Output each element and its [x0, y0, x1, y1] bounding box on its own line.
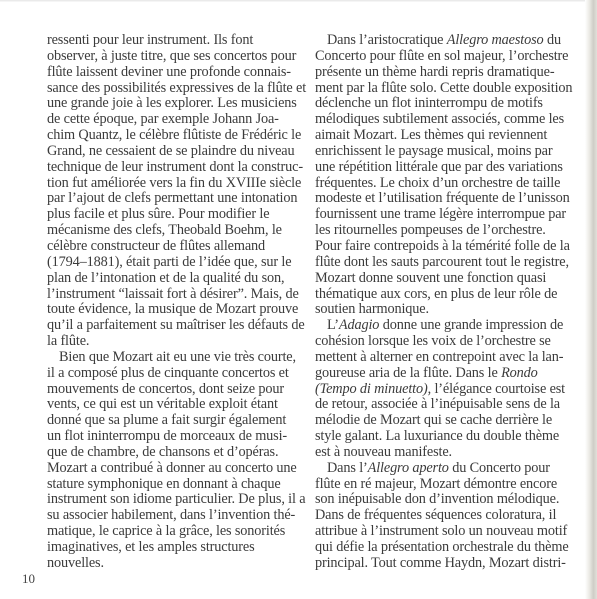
- text-segment: L’: [327, 317, 339, 333]
- text-segment: , l’élégance courtoise est: [428, 381, 565, 397]
- text-line: mouvements de concertos, dont seize pour: [47, 382, 291, 398]
- text-segment: thématique aux cors, en plus de leur rôl…: [315, 286, 557, 302]
- text-line: goureuse aria de la flûte. Dans le Rondo: [315, 366, 559, 382]
- text-segment: principal. Tout comme Haydn, Mozart dist…: [315, 555, 566, 571]
- text-line: Mozart donne souvent une fonction quasi: [315, 271, 559, 287]
- text-line: (Tempo di minuetto), l’élégance courtois…: [315, 382, 559, 398]
- text-line: technique de leur instrument dont la con…: [47, 160, 291, 176]
- text-line: de cette époque, par exemple Johann Joa-: [47, 112, 291, 128]
- text-line: une répétition littérale que par des var…: [315, 160, 559, 176]
- text-line: principal. Tout comme Haydn, Mozart dist…: [315, 556, 559, 572]
- text-segment: flûte en ré majeur, Mozart démontre enco…: [315, 476, 557, 492]
- text-line: su associer habilement, dans l’invention…: [47, 508, 291, 524]
- text-line: son inépuisable don d’invention mélodiqu…: [315, 492, 559, 508]
- text-line: thématique aux cors, en plus de leur rôl…: [315, 287, 559, 303]
- text-line: observer, à juste titre, que ses concert…: [47, 49, 291, 65]
- text-segment: Dans l’: [327, 460, 368, 476]
- text-segment: Concerto pour flûte en sol majeur, l’orc…: [315, 48, 568, 64]
- text-line: vents, ce qui est un véritable exploit é…: [47, 397, 291, 413]
- text-segment: attribue à l’instrument solo un nouveau …: [315, 523, 567, 539]
- text-line: l’instrument “laissait fort à désirer”. …: [47, 287, 291, 303]
- text-segment: déclenche un flot ininterrompu de motifs: [315, 95, 543, 111]
- text-segment: enrichissent le paysage musical, moins p…: [315, 143, 552, 159]
- text-line: par l’ajout de clefs permettant une into…: [47, 191, 291, 207]
- text-line: nouvelles.: [47, 556, 291, 572]
- text-line: donné que sa plume a fait surgir égaleme…: [47, 413, 291, 429]
- text-line: déclenche un flot ininterrompu de motifs: [315, 96, 559, 112]
- text-segment: soutien harmonique.: [315, 301, 429, 317]
- text-line: instrument son idiome particulier. De pl…: [47, 492, 291, 508]
- text-line: mettent à alterner en contrepoint avec l…: [315, 350, 559, 366]
- page-binding-shadow: [585, 0, 597, 599]
- text-line: matique, le caprice à la grâce, les sono…: [47, 524, 291, 540]
- text-line: célèbre constructeur de flûtes allemand: [47, 239, 291, 255]
- text-segment: modeste et l’utilisation fréquente de l’…: [315, 190, 570, 206]
- text-segment: Pour faire contrepoids à la témérité fol…: [315, 238, 570, 254]
- text-segment: flûte dont les sauts parcourent tout le …: [315, 254, 569, 270]
- italic-title: Allegro aperto: [368, 460, 449, 476]
- text-line: de retour, associée à l’inépuisable sens…: [315, 397, 559, 413]
- text-line: un flot ininterrompu de morceaux de musi…: [47, 429, 291, 445]
- text-line: Mozart a contribué à donner au concerto …: [47, 461, 291, 477]
- text-segment: ment par la flûte solo. Cette double exp…: [315, 80, 572, 96]
- text-line: L’Adagio donne une grande impression de: [315, 318, 559, 334]
- text-segment: Dans l’aristocratique: [327, 32, 447, 48]
- text-line: Dans l’aristocratique Allegro maestoso d…: [315, 33, 559, 49]
- text-segment: fournissent une trame légère interrompue…: [315, 206, 566, 222]
- left-text-column: ressenti pour leur instrument. Ils fonto…: [47, 33, 291, 572]
- text-line: est à nouveau manifeste.: [315, 445, 559, 461]
- text-line: la flûte.: [47, 334, 291, 350]
- text-line: fournissent une trame légère interrompue…: [315, 207, 559, 223]
- text-segment: cohésion lorsque les voix de l’orchestre…: [315, 333, 551, 349]
- text-segment: est à nouveau manifeste.: [315, 444, 452, 460]
- text-line: cohésion lorsque les voix de l’orchestre…: [315, 334, 559, 350]
- text-line: flûte en ré majeur, Mozart démontre enco…: [315, 477, 559, 493]
- text-line: plus facile et plus sûre. Pour modifier …: [47, 207, 291, 223]
- text-line: (1794–1881), était parti de l’idée que, …: [47, 255, 291, 271]
- text-segment: mettent à alterner en contrepoint avec l…: [315, 349, 563, 365]
- text-line: Dans l’Allegro aperto du Concerto pour: [315, 461, 559, 477]
- text-segment: une répétition littérale que par des var…: [315, 159, 563, 175]
- text-line: chim Quantz, le célèbre flûtiste de Fréd…: [47, 128, 291, 144]
- text-segment: style galant. La luxuriance du double th…: [315, 428, 559, 444]
- text-segment: fréquentes. Le choix d’un orchestre de t…: [315, 175, 560, 191]
- text-line: mécanisme des clefs, Theobald Boehm, le: [47, 223, 291, 239]
- text-line: tion fut améliorée vers la fin du XVIIIe…: [47, 176, 291, 192]
- text-segment: mélodiques subtilement associés, comme l…: [315, 111, 564, 127]
- text-line: ressenti pour leur instrument. Ils font: [47, 33, 291, 49]
- text-line: Concerto pour flûte en sol majeur, l’orc…: [315, 49, 559, 65]
- text-line: fréquentes. Le choix d’un orchestre de t…: [315, 176, 559, 192]
- text-line: attribue à l’instrument solo un nouveau …: [315, 524, 559, 540]
- text-line: plan de l’intonation et de la qualité du…: [47, 271, 291, 287]
- italic-title: Adagio: [339, 317, 379, 333]
- text-line: mélodiques subtilement associés, comme l…: [315, 112, 559, 128]
- italic-title: (Tempo di minuetto): [315, 381, 428, 397]
- text-line: sance des possibilités expressives de la…: [47, 81, 291, 97]
- text-line: modeste et l’utilisation fréquente de l’…: [315, 191, 559, 207]
- text-segment: du Concerto pour: [449, 460, 550, 476]
- text-line: mélodie de Mozart qui se cache derrière …: [315, 413, 559, 429]
- text-segment: qui défie la présentation orchestrale du…: [315, 539, 569, 555]
- text-line: qu’il a parfaitement su maîtriser les dé…: [47, 318, 291, 334]
- text-line: toute évidence, la musique de Mozart pro…: [47, 302, 291, 318]
- page-top-edge: [0, 0, 597, 2]
- right-text-column: Dans l’aristocratique Allegro maestoso d…: [315, 33, 559, 572]
- text-segment: son inépuisable don d’invention mélodiqu…: [315, 491, 559, 507]
- text-segment: de retour, associée à l’inépuisable sens…: [315, 396, 560, 412]
- text-segment: mélodie de Mozart qui se cache derrière …: [315, 412, 552, 428]
- text-line: soutien harmonique.: [315, 302, 559, 318]
- text-segment: présente un thème hardi repris dramatiqu…: [315, 64, 554, 80]
- text-line: une grande joie à les explorer. Les musi…: [47, 96, 291, 112]
- text-line: il a composé plus de cinquante concertos…: [47, 366, 291, 382]
- text-line: imaginatives, et les amples structures: [47, 540, 291, 556]
- text-line: Grand, ne cessaient de se plaindre du ni…: [47, 144, 291, 160]
- text-line: enrichissent le paysage musical, moins p…: [315, 144, 559, 160]
- text-segment: du: [544, 32, 561, 48]
- italic-title: Allegro maestoso: [447, 32, 544, 48]
- text-line: flûte dont les sauts parcourent tout le …: [315, 255, 559, 271]
- text-line: style galant. La luxuriance du double th…: [315, 429, 559, 445]
- text-line: les ritournelles pompeuses de l’orchestr…: [315, 223, 559, 239]
- text-line: aimait Mozart. Les thèmes qui reviennent: [315, 128, 559, 144]
- text-line: présente un thème hardi repris dramatiqu…: [315, 65, 559, 81]
- document-page: ressenti pour leur instrument. Ils fonto…: [0, 0, 597, 599]
- text-segment: Dans de fréquentes séquences coloratura,…: [315, 507, 556, 523]
- page-number: 10: [22, 571, 35, 587]
- text-line: qui défie la présentation orchestrale du…: [315, 540, 559, 556]
- text-line: ment par la flûte solo. Cette double exp…: [315, 81, 559, 97]
- text-line: flûte laissent deviner une profonde conn…: [47, 65, 291, 81]
- text-segment: donne une grande impression de: [379, 317, 563, 333]
- text-line: Dans de fréquentes séquences coloratura,…: [315, 508, 559, 524]
- text-segment: les ritournelles pompeuses de l’orchestr…: [315, 222, 546, 238]
- italic-title: Rondo: [501, 365, 538, 381]
- text-line: stature symphonique en donnant à chaque: [47, 477, 291, 493]
- text-segment: Mozart donne souvent une fonction quasi: [315, 270, 546, 286]
- text-segment: aimait Mozart. Les thèmes qui reviennent: [315, 127, 547, 143]
- text-line: Bien que Mozart ait eu une vie très cour…: [47, 350, 291, 366]
- text-line: Pour faire contrepoids à la témérité fol…: [315, 239, 559, 255]
- text-line: que de chambre, de chansons et d’opéras.: [47, 445, 291, 461]
- text-segment: goureuse aria de la flûte. Dans le: [315, 365, 501, 381]
